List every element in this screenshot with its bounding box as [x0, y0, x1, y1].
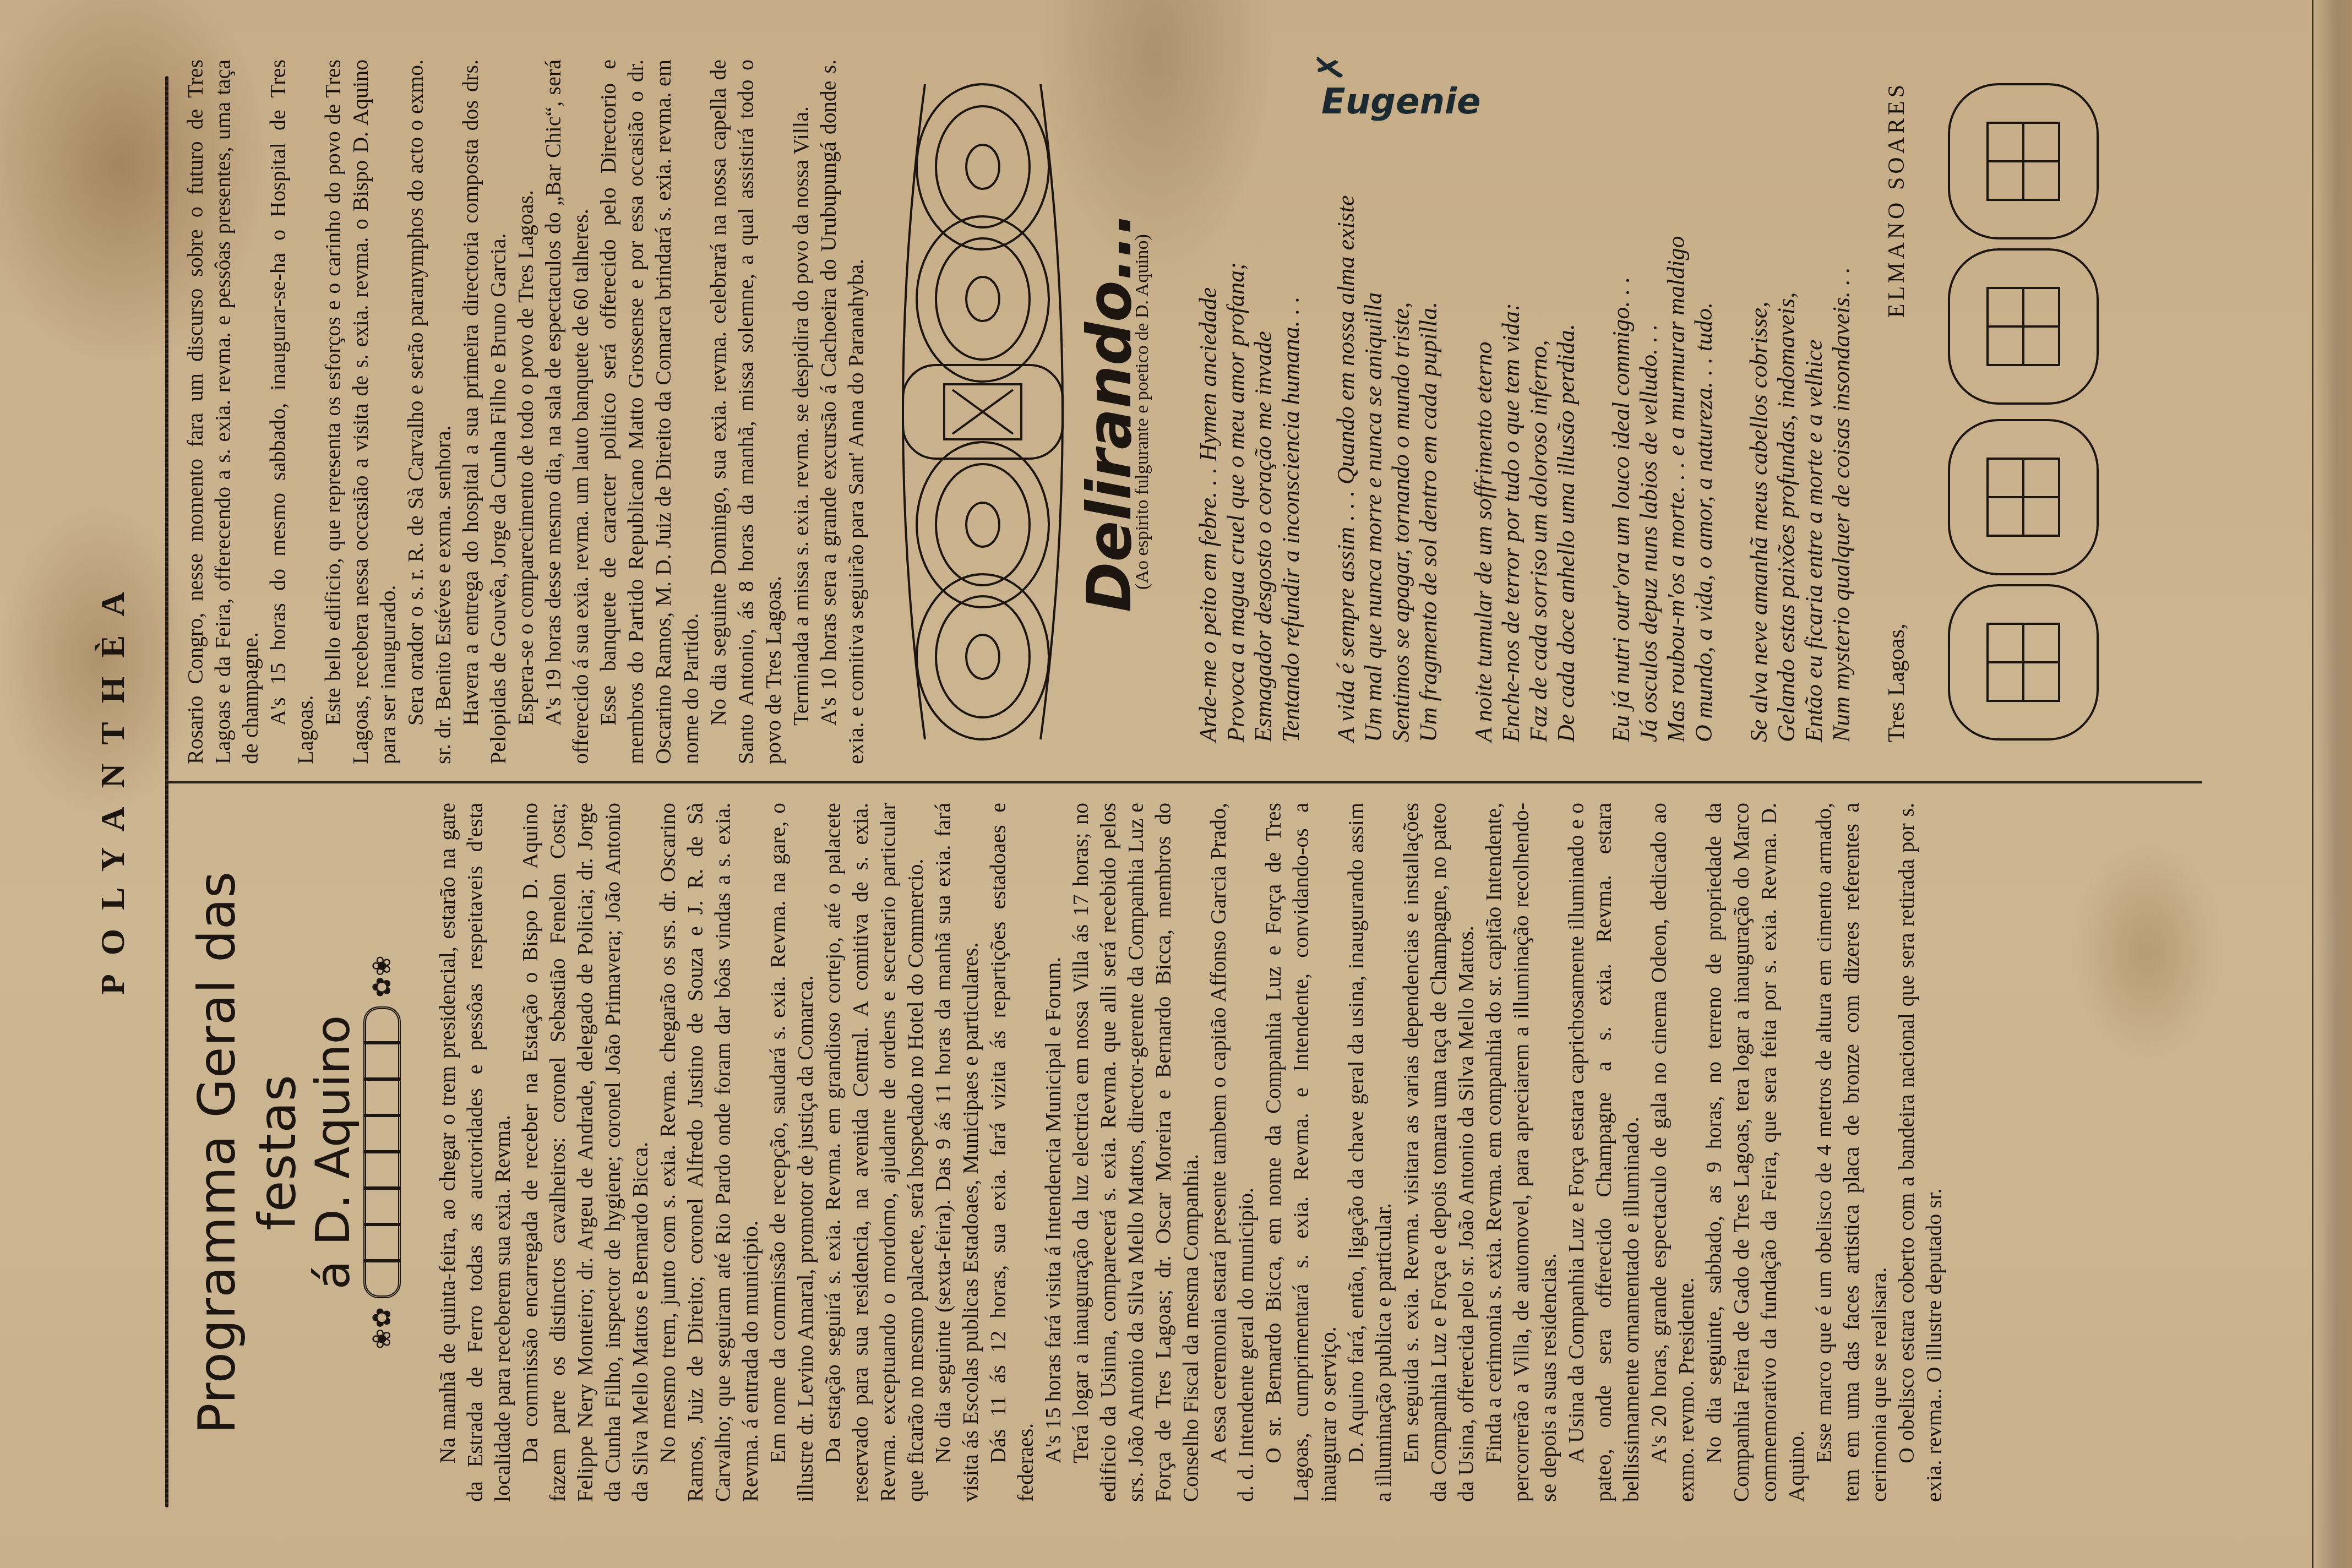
- poem-line: Sentimos se apagar, tornando o mundo tri…: [1387, 59, 1415, 742]
- poem-line: Faz de cada sorriso um doloroso inferno,: [1525, 59, 1553, 742]
- article-paragraph: Finda a cerimonia s. exia. Revma. em com…: [1480, 803, 1562, 1502]
- poem-line: Um fragmento de sol dentro em cada pupil…: [1415, 59, 1442, 742]
- poem-stanza: Se alva neve amanhã meus cabellos cobris…: [1745, 59, 1855, 742]
- article-paragraph: Sera orador o s. r. R. de Sà Carvalho e …: [402, 59, 457, 764]
- article-paragraph: Terminada a missa s. exia. revma. se des…: [787, 59, 815, 764]
- article-paragraph: D. Aquino fará, então, ligação da chave …: [1342, 803, 1397, 1502]
- poem-line: Num mysterio qualquer de coisas insondav…: [1828, 59, 1855, 742]
- header-rule: [165, 76, 168, 1507]
- article-paragraph: No dia seguinte, sabbado, as 9 horas, no…: [1700, 803, 1810, 1502]
- handwritten-annotation: Eugenie: [1321, 81, 1480, 122]
- article-column-left: Programma Geral das festas á D. Aquino ❀…: [182, 803, 1948, 1502]
- publication-masthead: POLYANTHÈA: [94, 0, 133, 1568]
- article-paragraph: Esse banquete de caracter politico será …: [595, 59, 705, 764]
- poem-stanza: A noite tumular de um soffrimento eterno…: [1470, 59, 1580, 742]
- article-paragraph: Este bello edificio, que representa os e…: [319, 59, 402, 764]
- celtic-knot-ornament: [892, 59, 1074, 764]
- article-paragraph: Na manhã de quinta-feira, ao chegar o tr…: [434, 803, 516, 1502]
- article-paragraph: Terá logar a inauguração da luz electric…: [1067, 803, 1205, 1502]
- article-paragraph: A's 15 horas fará visita á Intendencia M…: [1039, 803, 1067, 1502]
- poem-line: Se alva neve amanhã meus cabellos cobris…: [1745, 59, 1773, 742]
- column-divider: [165, 781, 2202, 783]
- article-paragraph: Em seguida s. exia. Revma. visitara as v…: [1397, 803, 1480, 1502]
- article-body-right: Rosario Congro, nesse momento fara um di…: [182, 59, 870, 764]
- poem-line: Tentando refundir a inconsciencia humana…: [1277, 59, 1305, 742]
- article-paragraph: Havera a entrega do hospital a sua prime…: [457, 59, 512, 764]
- article-paragraph: Rosario Congro, nesse momento fara um di…: [182, 59, 264, 764]
- poem-line: Provoca a magua cruel que o meu amor pro…: [1222, 59, 1250, 742]
- poem-line: Gelando estas paixões profundas, indomav…: [1773, 59, 1800, 742]
- poem-line: Eu já nutri outr'ora um louco ideal comm…: [1608, 59, 1635, 742]
- celtic-knot-ornament-bottom: [1932, 59, 2114, 764]
- paper-edge: [2312, 0, 2352, 1568]
- poem-line: Arde-me o peito em febre. . . Hymen anci…: [1195, 59, 1222, 742]
- poem-stanza: Eu já nutri outr'ora um louco ideal comm…: [1608, 59, 1718, 742]
- poem-stanza: A vida é sempre assim . . . Quando em no…: [1332, 59, 1442, 742]
- celtic-knot-icon: [892, 68, 1074, 756]
- poem-line: Enche-nos de terror por tudo o que tem v…: [1498, 59, 1525, 742]
- article-paragraph: A Usina da Companhia Luz e Força estara …: [1562, 803, 1645, 1502]
- article-paragraph: No dia seguinte Domingo, sua exia. revma…: [705, 59, 787, 764]
- flourish-icon: ❀✿: [368, 1307, 396, 1349]
- article-paragraph: O sr. Bernardo Bicca, em nome da Companh…: [1260, 803, 1342, 1502]
- poem-line: O mundo, a vida, o amor, a natureza. . .…: [1690, 59, 1718, 742]
- poem-stanza: Arde-me o peito em febre. . . Hymen anci…: [1195, 59, 1305, 742]
- poem-body: Arde-me o peito em febre. . . Hymen anci…: [1195, 59, 1855, 764]
- poem-place: Tres Lagoas,: [1883, 624, 1910, 742]
- newspaper-page: POLYANTHÈA Programma Geral das festas á …: [0, 0, 2352, 1568]
- article-paragraph: A essa ceremonia estará presente tambem …: [1205, 803, 1260, 1502]
- poem-line: Então eu ficaria entre a morte e a velhi…: [1800, 59, 1828, 742]
- article-paragraph: O obelisco estara coberto com a bandeira…: [1893, 803, 1948, 1502]
- poem-line: A vida é sempre assim . . . Quando em no…: [1332, 59, 1360, 742]
- article-paragraph: Esse marco que é um obelisco de 4 metros…: [1810, 803, 1893, 1502]
- article-paragraph: Espera-se o comparecimento de todo o pov…: [512, 59, 540, 764]
- article-body-left: Na manhã de quinta-feira, ao chegar o tr…: [434, 803, 1948, 1502]
- article-paragraph: Da commissão encarregada de receber na E…: [516, 803, 654, 1502]
- article-paragraph: A's 10 horas sera a grande excursão á Ca…: [815, 59, 870, 764]
- flourish-icon: ✿❀: [368, 955, 396, 998]
- article-paragraph: No dia seguinte (sexta-feira). Das 9 ás …: [929, 803, 984, 1502]
- article-title: Programma Geral das festas: [187, 803, 308, 1502]
- article-paragraph: No mesmo trem, junto com s. exia. Revma.…: [654, 803, 764, 1502]
- handwritten-mark: ✗: [1310, 52, 1351, 81]
- poem-author: ELMANO SOARES: [1883, 81, 1910, 318]
- poem-signoff: Tres Lagoas, ELMANO SOARES: [1883, 81, 1910, 742]
- article-column-right: Rosario Congro, nesse momento fara um di…: [182, 59, 2136, 764]
- poem-line: A noite tumular de um soffrimento eterno: [1470, 59, 1498, 742]
- poem-line: Um mal que nunca morre e nunca se aniqui…: [1360, 59, 1387, 742]
- article-paragraph: Dás 11 ás 12 horas, sua exia. fará vizit…: [984, 803, 1039, 1502]
- poem-line: Esmagador desgosto o coração me invade: [1250, 59, 1277, 742]
- celtic-knot-icon: [1932, 68, 2114, 756]
- poem-line: De cada doce anhello uma illusão perdida…: [1553, 59, 1580, 742]
- poem-title: Delirando...: [1096, 59, 1123, 764]
- poem-dedication: (Ao espirito fulgurante e poetico de D. …: [1129, 59, 1156, 764]
- ornament-bar: [363, 1006, 401, 1298]
- article-paragraph: A's 19 horas desse mesmo dia, na sala de…: [540, 59, 595, 764]
- poem-line: Já osculos depuz nuns labios de velludo.…: [1635, 59, 1663, 742]
- article-paragraph: A's 15 horas do mesmo sabbado, inaugurar…: [264, 59, 319, 764]
- title-ornament: ❀✿ ✿❀: [363, 803, 401, 1502]
- poem-line: Mas roubou-m'os a morte. . . e a murmura…: [1663, 59, 1690, 742]
- article-subtitle: á D. Aquino: [319, 803, 347, 1502]
- article-paragraph: A's 20 horas, grande espectaculo de gala…: [1645, 803, 1700, 1502]
- article-paragraph: Da estação seguirá s. exia. Revma. em gr…: [819, 803, 929, 1502]
- article-paragraph: Em nome da commissão de recepção, saudar…: [764, 803, 819, 1502]
